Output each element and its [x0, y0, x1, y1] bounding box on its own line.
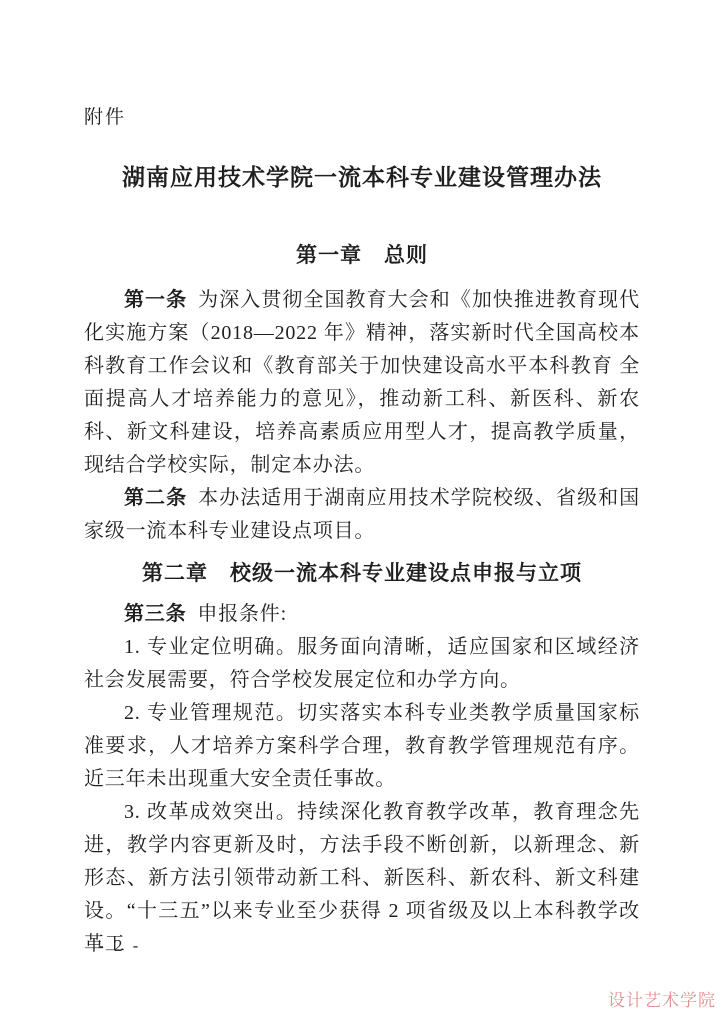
- condition-item-3: 3. 改革成效突出。持续深化教育教学改革，教育理念先进，教学内容更新及时，方法手…: [84, 796, 640, 961]
- condition-item-2: 2. 专业管理规范。切实落实本科专业类教学质量国家标准要求，人才培养方案科学合理…: [84, 697, 640, 796]
- chapter-2-heading: 第二章 校级一流本科专业建设点申报与立项: [84, 558, 640, 588]
- article-1-text: 为深入贯彻全国教育大会和《加快推进教育现代化实施方案（2018—2022 年》精…: [84, 289, 640, 476]
- article-3-text: 申报条件:: [197, 603, 287, 625]
- condition-item-1: 1. 专业定位明确。服务面向清晰，适应国家和区域经济社会发展需要，符合学校发展定…: [84, 631, 640, 697]
- document-content: 附件 湖南应用技术学院一流本科专业建设管理办法 第一章 总则 第一条为深入贯彻全…: [0, 0, 724, 961]
- attachment-label: 附件: [84, 106, 640, 130]
- article-3: 第三条申报条件:: [84, 598, 640, 631]
- page-number: - 2 -: [98, 936, 141, 956]
- article-1-label: 第一条: [124, 289, 187, 311]
- article-1: 第一条为深入贯彻全国教育大会和《加快推进教育现代化实施方案（2018—2022 …: [84, 284, 640, 482]
- document-page: 附件 湖南应用技术学院一流本科专业建设管理办法 第一章 总则 第一条为深入贯彻全…: [0, 0, 724, 1024]
- document-title: 湖南应用技术学院一流本科专业建设管理办法: [84, 162, 640, 194]
- article-2-label: 第二条: [124, 487, 187, 509]
- article-3-label: 第三条: [124, 603, 186, 625]
- article-2: 第二条本办法适用于湖南应用技术学院校级、省级和国家级一流本科专业建设点项目。: [84, 482, 640, 548]
- watermark: 设计艺术学院: [608, 986, 716, 1011]
- chapter-1-heading: 第一章 总则: [84, 240, 640, 270]
